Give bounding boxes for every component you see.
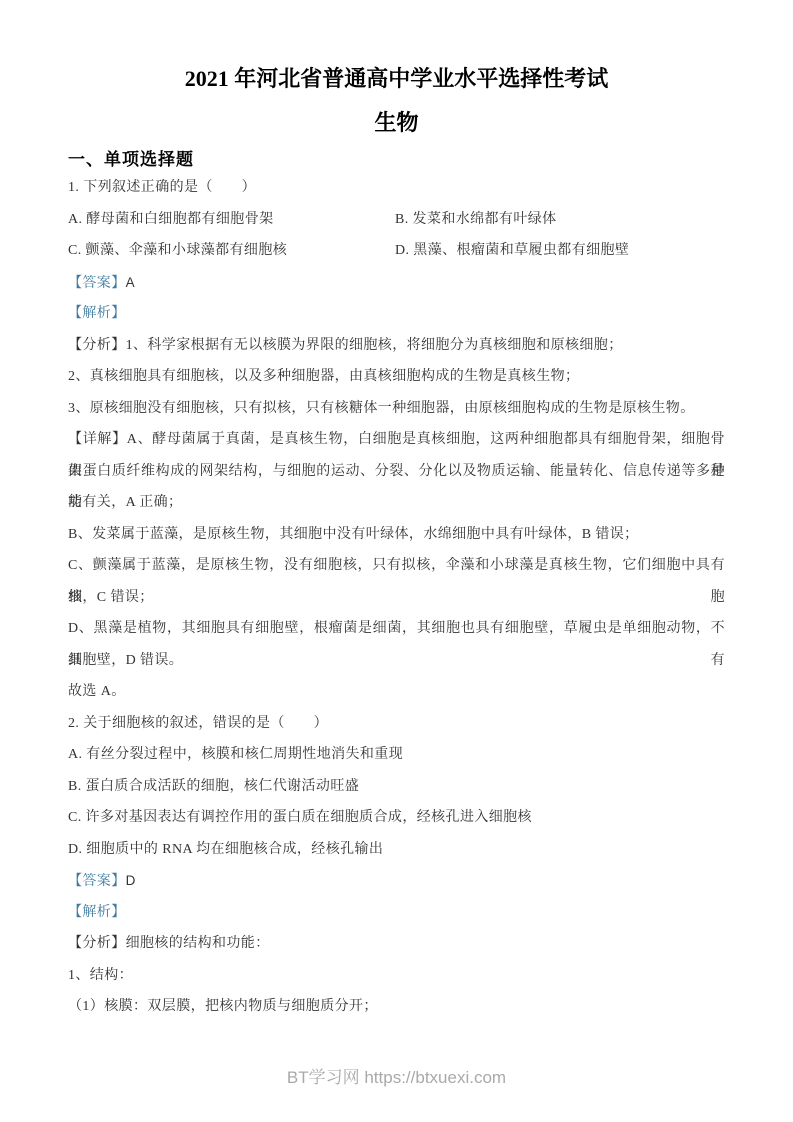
question-2-option-c: C. 许多对基因表达有调控作用的蛋白质在细胞质合成，经核孔进入细胞核 bbox=[68, 802, 725, 834]
question-1-answer-line: 【答案】A bbox=[68, 267, 725, 299]
explain-line: 【分析】1、科学家根据有无以核膜为界限的细胞核，将细胞分为真核细胞和原核细胞； bbox=[68, 330, 725, 362]
question-1-stem: 1. 下列叙述正确的是（ ） bbox=[68, 172, 725, 204]
footer-watermark: BT学习网 https://btxuexi.com bbox=[0, 1066, 793, 1090]
question-1-options-row-1: A. 酵母菌和白细胞都有细胞骨架 B. 发菜和水绵都有叶绿体 bbox=[68, 204, 725, 236]
explain-line: 【分析】细胞核的结构和功能： bbox=[68, 928, 725, 960]
question-2-answer-value: D bbox=[126, 873, 136, 888]
question-2-option-a: A. 有丝分裂过程中，核膜和核仁周期性地消失和重现 bbox=[68, 739, 725, 771]
explain-line: 【详解】A、酵母菌属于真菌，是真核生物，白细胞是真核细胞，这两种细胞都具有细胞骨… bbox=[68, 424, 725, 456]
explain-line: 故选 A。 bbox=[68, 676, 725, 708]
question-1-option-a: A. 酵母菌和白细胞都有细胞骨架 bbox=[68, 204, 395, 236]
analysis-label: 【解析】 bbox=[68, 905, 126, 920]
page-content: 2021 年河北省普通高中学业水平选择性考试 生物 一、单项选择题 1. 下列叙… bbox=[68, 64, 725, 1023]
analysis-label: 【解析】 bbox=[68, 306, 126, 321]
answer-label: 【答案】 bbox=[68, 276, 126, 291]
question-1-block: 1. 下列叙述正确的是（ ） A. 酵母菌和白细胞都有细胞骨架 B. 发菜和水绵… bbox=[68, 172, 725, 708]
question-1-option-c: C. 颤藻、伞藻和小球藻都有细胞核 bbox=[68, 235, 395, 267]
explain-line: （1）核膜：双层膜，把核内物质与细胞质分开； bbox=[68, 991, 725, 1023]
explain-line: 3、原核细胞没有细胞核，只有拟核，只有核糖体一种细胞器，由原核细胞构成的生物是原… bbox=[68, 393, 725, 425]
explain-line: C、颤藻属于蓝藻，是原核生物，没有细胞核，只有拟核，伞藻和小球藻是真核生物，它们… bbox=[68, 550, 725, 582]
question-2-stem: 2. 关于细胞核的叙述，错误的是（ ） bbox=[68, 708, 725, 740]
exam-title: 2021 年河北省普通高中学业水平选择性考试 bbox=[68, 64, 725, 94]
question-1-options-row-2: C. 颤藻、伞藻和小球藻都有细胞核 D. 黑藻、根瘤菌和草履虫都有细胞壁 bbox=[68, 235, 725, 267]
question-2-answer-line: 【答案】D bbox=[68, 865, 725, 897]
question-1-analysis-label-line: 【解析】 bbox=[68, 298, 725, 330]
exam-subtitle: 生物 bbox=[68, 109, 725, 137]
explain-line: D、黑藻是植物，其细胞具有细胞壁，根瘤菌是细菌，其细胞也具有细胞壁，草履虫是单细… bbox=[68, 613, 725, 645]
section-heading: 一、单项选择题 bbox=[68, 148, 725, 172]
question-2-option-d: D. 细胞质中的 RNA 均在细胞核合成，经核孔输出 bbox=[68, 834, 725, 866]
answer-label: 【答案】 bbox=[68, 874, 126, 889]
question-1-answer-value: A bbox=[126, 275, 135, 290]
question-2-option-b: B. 蛋白质合成活跃的细胞，核仁代谢活动旺盛 bbox=[68, 771, 725, 803]
question-1-option-b: B. 发菜和水绵都有叶绿体 bbox=[395, 204, 725, 236]
question-2-block: 2. 关于细胞核的叙述，错误的是（ ） A. 有丝分裂过程中，核膜和核仁周期性地… bbox=[68, 708, 725, 1023]
explain-line: 能有关，A 正确； bbox=[68, 487, 725, 519]
explain-line: 2、真核细胞具有细胞核，以及多种细胞器，由真核细胞构成的生物是真核生物； bbox=[68, 361, 725, 393]
explain-line: 1、结构： bbox=[68, 960, 725, 992]
explain-line: B、发菜属于蓝藻，是原核生物，其细胞中没有叶绿体，水绵细胞中具有叶绿体，B 错误… bbox=[68, 519, 725, 551]
question-2-analysis-label-line: 【解析】 bbox=[68, 897, 725, 929]
question-1-option-d: D. 黑藻、根瘤菌和草履虫都有细胞壁 bbox=[395, 235, 725, 267]
explain-line: 由蛋白质纤维构成的网架结构，与细胞的运动、分裂、分化以及物质运输、能量转化、信息… bbox=[68, 456, 725, 488]
document-page: 2021 年河北省普通高中学业水平选择性考试 生物 一、单项选择题 1. 下列叙… bbox=[0, 0, 793, 1122]
